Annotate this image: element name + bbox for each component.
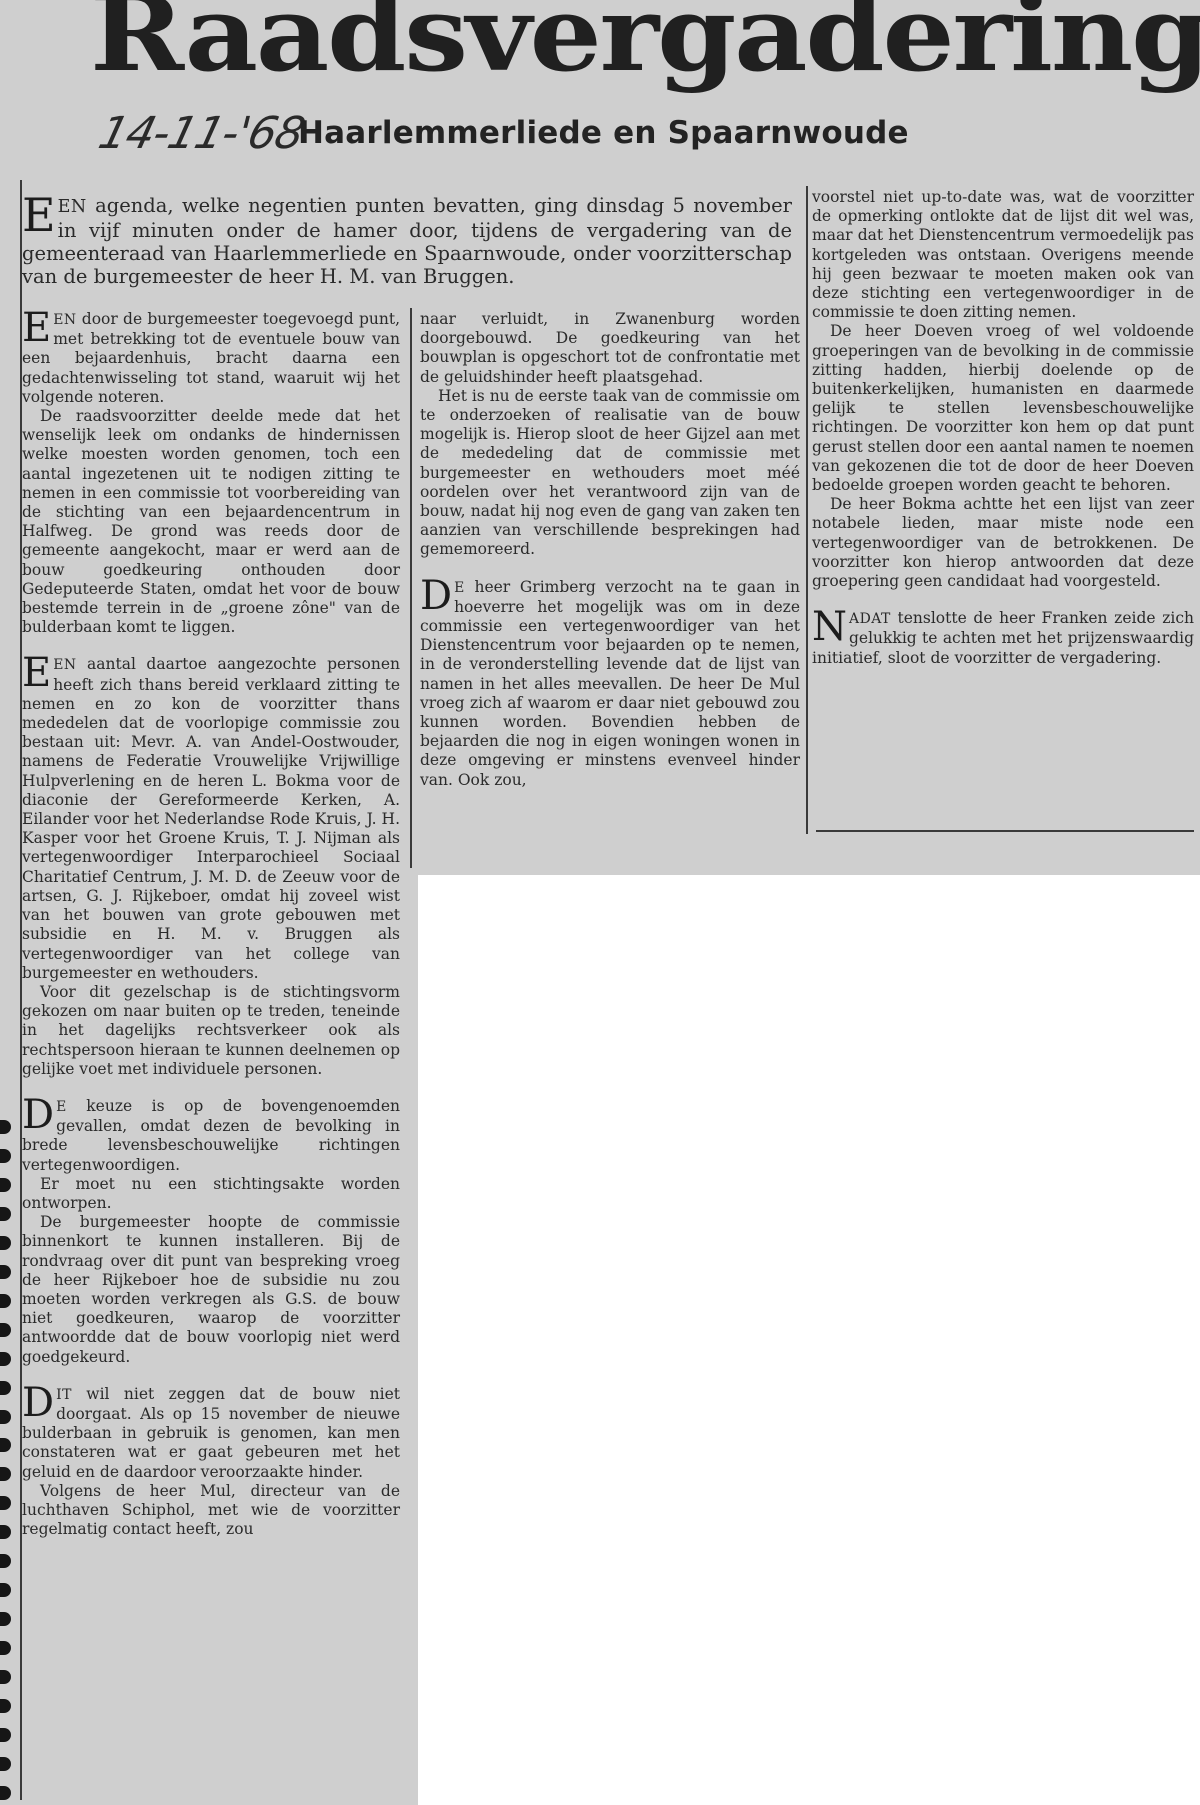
- paragraph-text: door de burgemeester toegevoegd punt, me…: [22, 310, 400, 406]
- binder-hole-icon: [0, 1612, 11, 1626]
- binder-hole-icon: [0, 1265, 11, 1279]
- binder-hole-icon: [0, 1583, 11, 1597]
- binder-hole-icon: [0, 1120, 11, 1134]
- intro-paragraph: EEN agenda, welke negentien punten bevat…: [22, 194, 792, 288]
- paragraph-text: Er moet nu een stichtingsakte worden ont…: [22, 1175, 400, 1212]
- article-paragraph: Volgens de heer Mul, directeur van de lu…: [22, 1482, 400, 1540]
- paragraph-text: aantal daartoe aangezochte personen heef…: [22, 655, 400, 981]
- binder-hole-icon: [0, 1294, 11, 1308]
- article-paragraph: DIT wil niet zeggen dat de bouw niet doo…: [22, 1385, 400, 1482]
- paragraph-text: Het is nu de eerste taak van de commissi…: [420, 387, 800, 559]
- article-paragraph: Er moet nu een stichtingsakte worden ont…: [22, 1175, 400, 1213]
- paragraph-text: Voor dit gezelschap is de stichtingsvorm…: [22, 983, 400, 1078]
- lead-word: E: [454, 580, 465, 596]
- article-paragraph: naar verluidt, in Zwanenburg worden door…: [420, 310, 800, 387]
- column-rule-2: [806, 186, 808, 834]
- drop-cap: E: [22, 197, 56, 233]
- binder-hole-icon: [0, 1554, 11, 1568]
- drop-cap: D: [22, 1100, 54, 1130]
- binder-hole-icon: [0, 1207, 11, 1221]
- binder-hole-icon: [0, 1323, 11, 1337]
- lead-word: EN: [58, 197, 87, 217]
- binder-hole-icon: [0, 1178, 11, 1192]
- lead-word: EN: [53, 657, 76, 673]
- article-end-rule: [816, 830, 1194, 832]
- binder-hole-icon: [0, 1641, 11, 1655]
- lead-word: IT: [56, 1387, 72, 1403]
- paragraph-text: wil niet zeggen dat de bouw niet doorgaa…: [22, 1385, 400, 1481]
- intro-text: agenda, welke negentien punten bevatten,…: [22, 194, 792, 288]
- article-paragraph: De heer Bokma achtte het een lijst van z…: [812, 495, 1194, 591]
- binder-hole-icon: [0, 1757, 11, 1771]
- binder-hole-icon: [0, 1352, 11, 1366]
- binder-hole-icon: [0, 1410, 11, 1424]
- article-paragraph: De heer Doeven vroeg of wel voldoende gr…: [812, 322, 1194, 495]
- binder-hole-icon: [0, 1525, 11, 1539]
- lead-word: EN: [53, 312, 76, 328]
- article-subtitle: Haarlemmerliede en Spaarnwoude: [298, 115, 909, 151]
- binder-hole-icon: [0, 1670, 11, 1684]
- binder-hole-icon: [0, 1381, 11, 1395]
- drop-cap: D: [22, 1388, 54, 1418]
- binder-hole-icon: [0, 1467, 11, 1481]
- article-paragraph: NADAT tenslotte de heer Franken zeide zi…: [812, 609, 1194, 668]
- drop-cap: D: [420, 581, 452, 611]
- article-paragraph: Het is nu de eerste taak van de commissi…: [420, 387, 800, 560]
- masthead-title: Raadsvergadering: [90, 0, 1200, 86]
- handwritten-date: 14-11-'68: [94, 108, 310, 159]
- paragraph-text: De heer Doeven vroeg of wel voldoende gr…: [812, 322, 1194, 494]
- article-paragraph: De raadsvoorzitter deelde mede dat het w…: [22, 407, 400, 637]
- binder-hole-icon: [0, 1699, 11, 1713]
- paragraph-text: heer Grimberg verzocht na te gaan in hoe…: [420, 578, 800, 789]
- binder-hole-icon: [0, 1728, 11, 1742]
- binder-holes: [0, 1120, 14, 1800]
- drop-cap: E: [22, 313, 51, 343]
- article-column-2: naar verluidt, in Zwanenburg worden door…: [420, 310, 800, 790]
- binder-hole-icon: [0, 1438, 11, 1452]
- paragraph-text: De heer Bokma achtte het een lijst van z…: [812, 495, 1194, 590]
- paragraph-text: naar verluidt, in Zwanenburg worden door…: [420, 310, 800, 386]
- column-rule-1: [410, 308, 412, 868]
- drop-cap: N: [812, 612, 847, 642]
- drop-cap: E: [22, 658, 51, 688]
- binder-hole-icon: [0, 1786, 11, 1800]
- article-paragraph: voorstel niet up-to-date was, wat de voo…: [812, 188, 1194, 322]
- article-paragraph: De burgemeester hoopte de commissie binn…: [22, 1213, 400, 1367]
- paragraph-text: Volgens de heer Mul, directeur van de lu…: [22, 1482, 400, 1538]
- binder-hole-icon: [0, 1236, 11, 1250]
- paragraph-text: voorstel niet up-to-date was, wat de voo…: [812, 188, 1194, 321]
- article-paragraph: DE keuze is op de bovengenoemden gevalle…: [22, 1097, 400, 1175]
- lead-word: ADAT: [849, 611, 891, 627]
- paragraph-text: keuze is op de bovengenoemden gevallen, …: [22, 1097, 400, 1174]
- lead-word: E: [56, 1099, 67, 1115]
- paragraph-text: De burgemeester hoopte de commissie binn…: [22, 1213, 400, 1365]
- binder-hole-icon: [0, 1149, 11, 1163]
- article-paragraph: EEN door de burgemeester toegevoegd punt…: [22, 310, 400, 407]
- article-paragraph: Voor dit gezelschap is de stichtingsvorm…: [22, 983, 400, 1079]
- article-column-3: voorstel niet up-to-date was, wat de voo…: [812, 188, 1194, 668]
- binder-hole-icon: [0, 1496, 11, 1510]
- article-paragraph: DE heer Grimberg verzocht na te gaan in …: [420, 578, 800, 790]
- paragraph-text: De raadsvoorzitter deelde mede dat het w…: [22, 407, 400, 636]
- article-column-1: EEN door de burgemeester toegevoegd punt…: [22, 310, 400, 1539]
- article-paragraph: EEN aantal daartoe aangezochte personen …: [22, 655, 400, 982]
